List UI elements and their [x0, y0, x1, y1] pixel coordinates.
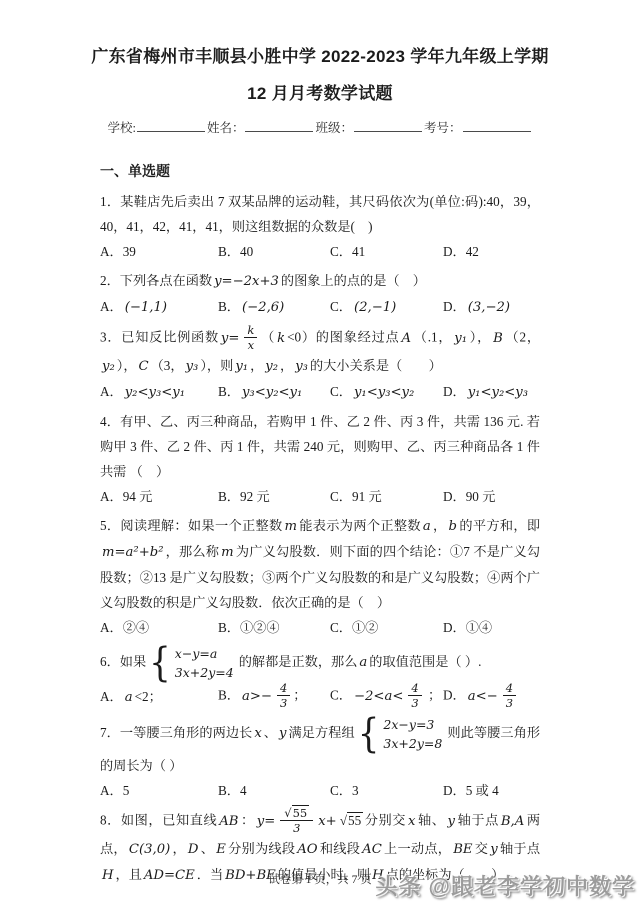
text-segment: （ — [260, 330, 275, 345]
text-segment: A．39 — [100, 244, 136, 259]
math-segment: y= — [221, 331, 240, 346]
question-3-options: A．y₂<y₃<y₁ B．y₃<y₂<y₁ C．y₁<y₃<y₂ D．y₁<y₂… — [100, 379, 540, 405]
paper-title-block: 广东省梅州市丰顺县小胜中学 2022-2023 学年九年级上学期 12 月月考数… — [0, 44, 640, 107]
math-segment: A — [401, 331, 411, 346]
question-6-option-c: C．−2<a<43 ； — [330, 682, 443, 711]
question-5-option-b: B．①②④ — [218, 615, 330, 640]
text-segment: ； — [425, 688, 441, 703]
paper-title-line2: 12 月月考数学试题 — [0, 81, 640, 107]
question-4-option-d: D．90 元 — [443, 484, 540, 509]
text-segment: C．①② — [330, 620, 378, 635]
math-segment: m — [284, 519, 297, 534]
text-segment: ， — [172, 841, 186, 856]
question-5: 5．阅读理解：如果一个正整数m能表示为两个正整数a，b的平方和，即m=a²+b²… — [100, 513, 540, 640]
text-segment: C．91 元 — [330, 489, 382, 504]
math-segment: −2<a< — [354, 689, 403, 704]
text-segment: 的平方和，即 — [459, 518, 540, 533]
text-segment: 轴于点 — [457, 813, 499, 828]
question-6-option-a: A．a<2； — [100, 684, 218, 710]
math-segment: B — [493, 331, 503, 346]
text-segment: 1．某鞋店先后卖出 7 双某品牌的运动鞋，其尺码依次为(单位:码):40，39，… — [100, 194, 540, 234]
math-segment: C — [139, 359, 149, 374]
text-segment: A． — [100, 384, 123, 399]
question-2-stem: 2．下列各点在函数y=−2x+3的图象上的点的是（ ） — [100, 268, 540, 294]
question-2: 2．下列各点在函数y=−2x+3的图象上的点的是（ ） A．(−1,1) B．(… — [100, 268, 540, 320]
text-segment: 上一动点， — [384, 841, 451, 856]
math-segment: (−1,1) — [125, 300, 167, 315]
question-2-option-d: D．(3,−2) — [443, 294, 540, 320]
math-segment: B,A — [501, 814, 524, 829]
math-segment: (3,−2) — [468, 300, 510, 315]
text-segment: D．5 或 4 — [443, 783, 499, 798]
text-segment: 分别交 — [364, 813, 406, 828]
question-3: 3．已知反比例函数y=kx（k<0）的图象经过点A（.1，y₁），B（2，y₂）… — [100, 324, 540, 405]
question-6-option-d: D．a<−43 — [443, 682, 540, 711]
question-7: 7．一等腰三角形的两边长x、y满足方程组{2x−y=33x+2y=8则此等腰三角… — [100, 715, 540, 803]
question-6-option-b: B．a>−43； — [218, 682, 330, 711]
question-2-options: A．(−1,1) B．(−2,6) C．(2,−1) D．(3,−2) — [100, 294, 540, 320]
math-segment: y₃<y₂<y₁ — [242, 385, 302, 400]
question-6-stem: 6．如果{x−y=a3x+2y=4的解都是正数，那么a的取值范围是（ ）. — [100, 644, 540, 682]
text-segment: D． — [443, 688, 466, 703]
text-segment: 6．如果 — [100, 654, 146, 669]
math-segment: y₁<y₃<y₂ — [354, 385, 414, 400]
question-5-option-a: A．②④ — [100, 615, 218, 640]
question-4-option-c: C．91 元 — [330, 484, 443, 509]
text-segment: （2， — [505, 330, 540, 345]
math-segment: k — [277, 331, 285, 346]
question-3-option-d: D．y₁<y₂<y₃ — [443, 379, 540, 405]
math-segment: y₂ — [265, 359, 278, 374]
radical: √55 — [340, 808, 363, 833]
text-segment: 的取值范围是（ ）. — [369, 654, 481, 669]
question-3-stem: 3．已知反比例函数y=kx（k<0）的图象经过点A（.1，y₁），B（2，y₂）… — [100, 324, 540, 379]
math-segment: y₂<y₃<y₁ — [125, 385, 185, 400]
text-segment: ，那么称 — [165, 544, 219, 559]
math-segment: m — [221, 545, 234, 560]
question-7-stem: 7．一等腰三角形的两边长x、y满足方程组{2x−y=33x+2y=8则此等腰三角… — [100, 715, 540, 778]
fraction: 43 — [408, 681, 421, 710]
text-segment: B．92 元 — [218, 489, 270, 504]
question-4-stem: 4．有甲、乙、丙三种商品，若购甲 1 件、乙 2 件、丙 3 件，共需 136 … — [100, 409, 540, 484]
math-segment: x — [254, 726, 261, 741]
paper-body: 一、单选题 1．某鞋店先后卖出 7 双某品牌的运动鞋，其尺码依次为(单位:码):… — [0, 161, 640, 888]
text-segment: ）， — [117, 358, 137, 373]
text-segment: 3．已知反比例函数 — [100, 330, 219, 345]
question-3-option-a: A．y₂<y₃<y₁ — [100, 379, 218, 405]
question-1-option-d: D．42 — [443, 239, 540, 264]
text-segment: B． — [218, 688, 240, 703]
math-segment: a>− — [242, 689, 272, 704]
equation-system: {2x−y=33x+2y=8 — [358, 715, 445, 753]
math-segment: AO — [297, 842, 317, 857]
math-segment: y₁<y₂<y₃ — [468, 385, 528, 400]
math-segment: b — [449, 519, 457, 534]
text-segment: ， — [250, 358, 263, 373]
text-segment: <2； — [135, 689, 162, 704]
math-segment: y=−2x+3 — [214, 274, 279, 289]
text-segment: A．②④ — [100, 620, 149, 635]
text-segment: 交 — [475, 841, 489, 856]
question-5-option-c: C．①② — [330, 615, 443, 640]
text-segment: C．41 — [330, 244, 365, 259]
question-7-option-b: B．4 — [218, 778, 330, 803]
text-segment: 满足方程组 — [289, 725, 355, 740]
math-segment: y — [279, 726, 286, 741]
text-segment: 5．阅读理解：如果一个正整数 — [100, 518, 282, 533]
text-segment: B． — [218, 384, 240, 399]
text-segment: B．40 — [218, 244, 253, 259]
question-1-option-a: A．39 — [100, 239, 218, 264]
fraction: 43 — [277, 681, 290, 710]
math-segment: y₁ — [454, 331, 467, 346]
text-segment: C．3 — [330, 783, 359, 798]
text-segment: D． — [443, 299, 466, 314]
text-segment: 7．一等腰三角形的两边长 — [100, 725, 252, 740]
math-segment: x+ — [318, 814, 337, 829]
exam-number-blank-field — [463, 118, 531, 132]
text-segment: （.1， — [413, 330, 452, 345]
math-segment: a — [125, 690, 133, 705]
math-segment: y — [448, 814, 455, 829]
text-segment: A．5 — [100, 783, 129, 798]
question-4: 4．有甲、乙、丙三种商品，若购甲 1 件、乙 2 件、丙 3 件，共需 136 … — [100, 409, 540, 509]
math-segment: a — [359, 655, 367, 670]
text-segment: 分别为线段 — [228, 841, 295, 856]
math-segment: D — [188, 842, 199, 857]
question-7-option-c: C．3 — [330, 778, 443, 803]
math-segment: a<− — [468, 689, 498, 704]
text-segment: C． — [330, 299, 352, 314]
math-segment: a — [423, 519, 431, 534]
exam-paper-page: 广东省梅州市丰顺县小胜中学 2022-2023 学年九年级上学期 12 月月考数… — [0, 0, 640, 905]
text-segment: 的大小关系是（ ） — [310, 358, 442, 373]
question-7-option-d: D．5 或 4 — [443, 778, 540, 803]
fraction: 43 — [503, 681, 516, 710]
math-segment: (2,−1) — [354, 300, 396, 315]
text-segment: 能表示为两个正整数 — [299, 518, 421, 533]
text-segment: 轴、 — [417, 813, 445, 828]
text-segment: 4．有甲、乙、丙三种商品，若购甲 1 件、乙 2 件、丙 3 件，共需 136 … — [100, 414, 540, 479]
school-blank-field — [137, 118, 205, 132]
text-segment: ）， — [469, 330, 491, 345]
text-segment: 、 — [201, 841, 215, 856]
question-3-option-b: B．y₃<y₂<y₁ — [218, 379, 330, 405]
math-segment: y₁ — [235, 359, 248, 374]
question-5-stem: 5．阅读理解：如果一个正整数m能表示为两个正整数a，b的平方和，即m=a²+b²… — [100, 513, 540, 615]
equation-system: {x−y=a3x+2y=4 — [149, 644, 236, 682]
math-segment: y — [490, 842, 497, 857]
math-segment: BE — [453, 842, 472, 857]
text-segment: D． — [443, 384, 466, 399]
fraction: √553 — [280, 806, 313, 835]
question-4-option-a: A．94 元 — [100, 484, 218, 509]
math-segment: y₂ — [102, 359, 115, 374]
question-2-option-c: C．(2,−1) — [330, 294, 443, 320]
text-segment: ： — [240, 813, 254, 828]
text-segment: 2．下列各点在函数 — [100, 273, 212, 288]
text-segment: 8．如图，已知直线 — [100, 813, 217, 828]
question-7-option-a: A．5 — [100, 778, 218, 803]
section-heading-single-choice: 一、单选题 — [100, 161, 540, 181]
question-2-option-a: A．(−1,1) — [100, 294, 218, 320]
question-1-option-c: C．41 — [330, 239, 443, 264]
text-segment: D．42 — [443, 244, 479, 259]
question-5-options: A．②④ B．①②④ C．①② D．①④ — [100, 615, 540, 640]
text-segment: ， — [280, 358, 293, 373]
name-blank-field — [245, 118, 313, 132]
text-segment: <0）的图象经过点 — [287, 330, 399, 345]
watermark-text: 头条 @跟老李学初中数学 — [375, 870, 635, 901]
math-segment: x — [408, 814, 415, 829]
name-label: 姓名： — [207, 121, 245, 135]
math-segment: C(3,0) — [129, 842, 170, 857]
fraction: kx — [244, 323, 257, 352]
text-segment: B．4 — [218, 783, 247, 798]
question-4-options: A．94 元 B．92 元 C．91 元 D．90 元 — [100, 484, 540, 509]
question-2-option-b: B．(−2,6) — [218, 294, 330, 320]
paper-title-line1: 广东省梅州市丰顺县小胜中学 2022-2023 学年九年级上学期 — [0, 44, 640, 70]
text-segment: A．94 元 — [100, 489, 152, 504]
class-label: 班级： — [315, 121, 353, 135]
question-1: 1．某鞋店先后卖出 7 双某品牌的运动鞋，其尺码依次为(单位:码):40，39，… — [100, 189, 540, 264]
text-segment: ， — [433, 518, 447, 533]
text-segment: A． — [100, 689, 123, 704]
text-segment: D．①④ — [443, 620, 492, 635]
question-4-option-b: B．92 元 — [218, 484, 330, 509]
student-info-line: 学校:姓名：班级：考号： — [0, 118, 640, 136]
text-segment: A． — [100, 299, 123, 314]
class-blank-field — [354, 118, 422, 132]
text-segment: 的图象上的点的是（ ） — [281, 273, 426, 288]
math-segment: E — [216, 842, 226, 857]
text-segment: ； — [293, 688, 306, 703]
text-segment: D．90 元 — [443, 489, 495, 504]
math-segment: AB — [219, 814, 238, 829]
text-segment: ），则 — [200, 358, 233, 373]
question-3-option-c: C．y₁<y₃<y₂ — [330, 379, 443, 405]
text-segment: B． — [218, 299, 240, 314]
math-segment: AC — [362, 842, 382, 857]
text-segment: 轴于点 — [500, 841, 540, 856]
exam-number-label: 考号： — [424, 121, 462, 135]
text-segment: C． — [330, 384, 352, 399]
math-segment: (−2,6) — [242, 300, 284, 315]
math-segment: y₃ — [186, 359, 199, 374]
text-segment: B．①②④ — [218, 620, 280, 635]
question-1-option-b: B．40 — [218, 239, 330, 264]
text-segment: 、 — [264, 725, 277, 740]
text-segment: C． — [330, 688, 352, 703]
question-1-options: A．39 B．40 C．41 D．42 — [100, 239, 540, 264]
question-7-options: A．5 B．4 C．3 D．5 或 4 — [100, 778, 540, 803]
question-6: 6．如果{x−y=a3x+2y=4的解都是正数，那么a的取值范围是（ ）. A．… — [100, 644, 540, 711]
question-5-option-d: D．①④ — [443, 615, 540, 640]
school-label: 学校: — [107, 121, 135, 135]
text-segment: 的解都是正数，那么 — [239, 654, 358, 669]
text-segment: （3， — [151, 358, 184, 373]
math-segment: y= — [257, 814, 276, 829]
text-segment: 和线段 — [320, 841, 361, 856]
question-1-stem: 1．某鞋店先后卖出 7 双某品牌的运动鞋，其尺码依次为(单位:码):40，39，… — [100, 189, 540, 239]
math-segment: y₃ — [295, 359, 308, 374]
math-segment: m=a²+b² — [102, 545, 163, 560]
